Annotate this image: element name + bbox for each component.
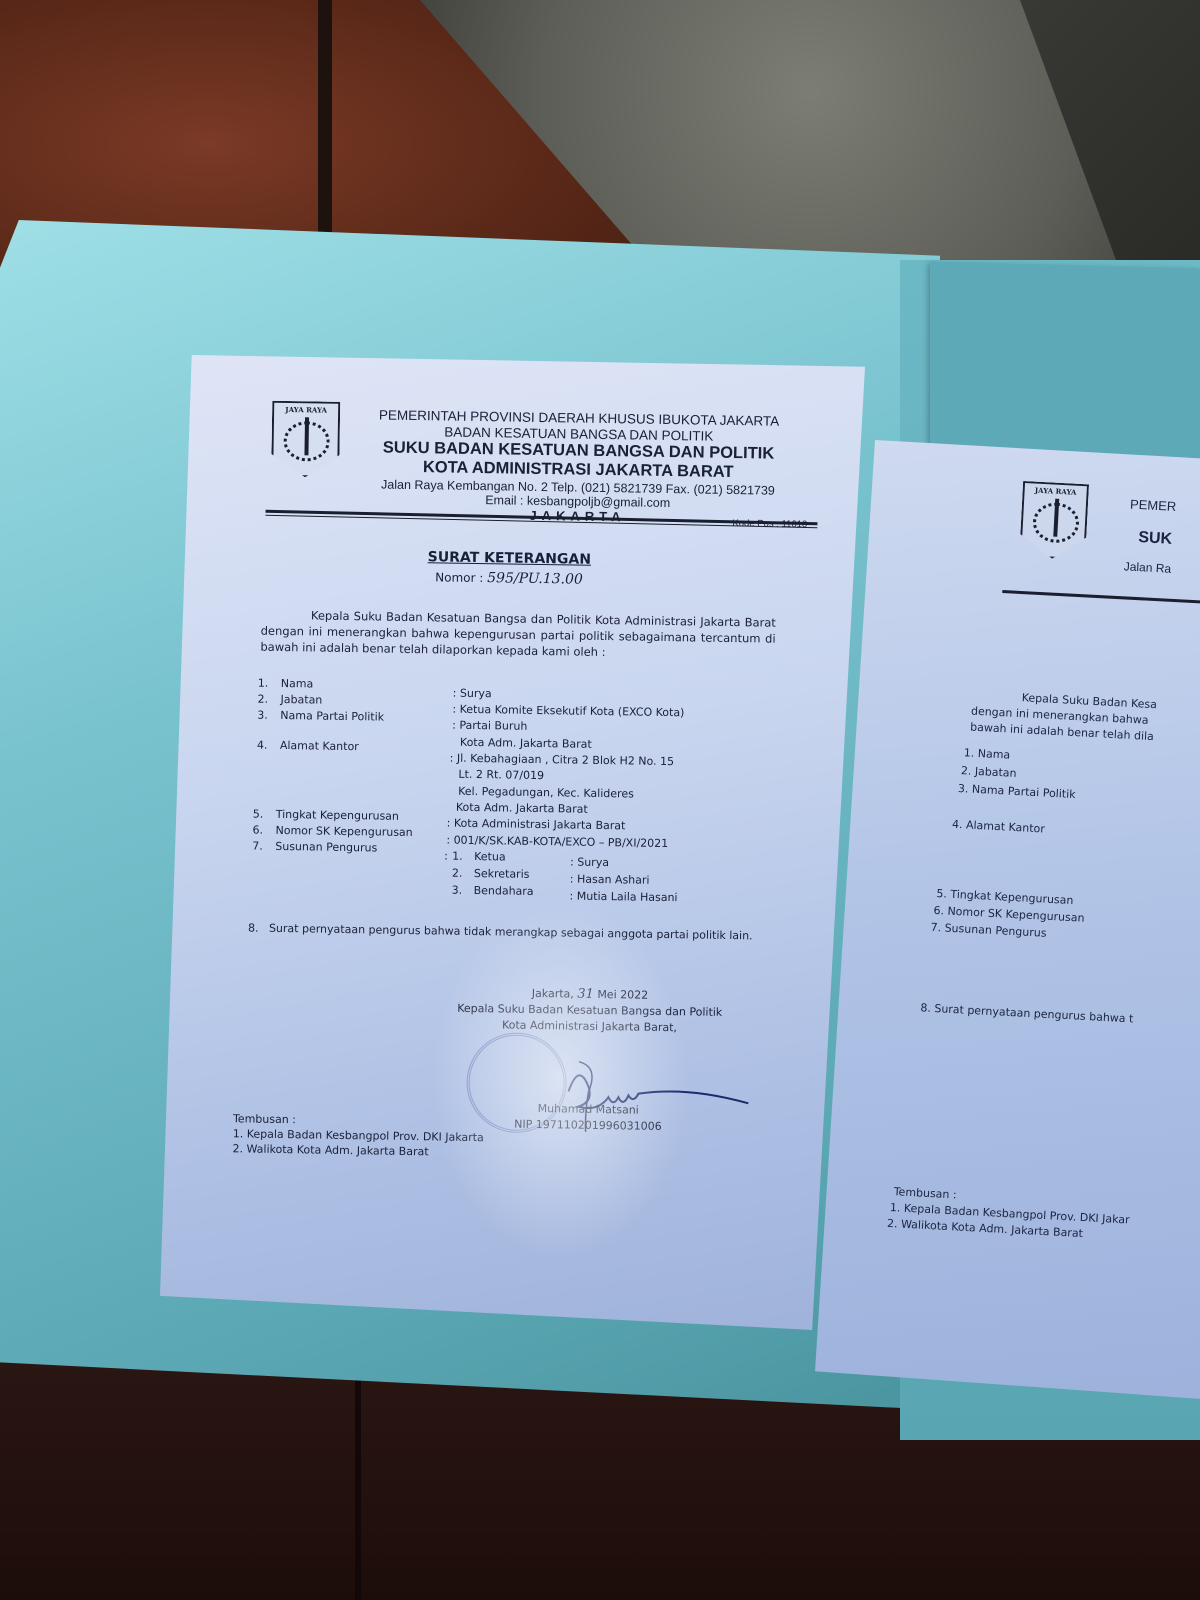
field-label: 1. Nama	[963, 746, 1010, 761]
field-value-tingkat: : Kota Administrasi Jakarta Barat	[447, 817, 626, 833]
cc-label: Tembusan :	[893, 1185, 957, 1201]
field-value-alamat-line: Kota Adm. Jakarta Barat	[456, 801, 588, 816]
field-no: 2.	[258, 693, 269, 706]
field-no: 6.	[252, 824, 263, 837]
letter-main: JAYA RAYA PEMERINTAH PROVINSI DAERAH KHU…	[160, 355, 865, 1330]
field-label: 7. Susunan Pengurus	[930, 921, 1047, 940]
field-value-nama: : Surya	[453, 687, 492, 701]
board-no: 1.	[452, 850, 463, 863]
item-8-no: 8.	[248, 921, 259, 934]
letter-second: JAYA RAYA PEMER SUK Jalan Ra Kepala Suku…	[815, 440, 1200, 1400]
floor-seam	[355, 1380, 361, 1600]
place: Jakarta,	[532, 987, 574, 1001]
jaya-raya-emblem-icon: JAYA RAYA	[271, 401, 340, 478]
field-no: 4.	[257, 739, 268, 752]
field-value-partai-2: Kota Adm. Jakarta Barat	[460, 736, 592, 751]
board-no: 2.	[452, 867, 463, 880]
item-8-text: Surat pernyataan pengurus bahwa tidak me…	[269, 922, 753, 943]
field-value-jabatan: : Ketua Komite Eksekutif Kota (EXCO Kota…	[452, 703, 684, 720]
board-name-ketua: : Surya	[570, 856, 609, 870]
field-no: 1.	[258, 677, 269, 690]
board-role-sekretaris: Sekretaris	[474, 867, 530, 881]
emblem-monument	[304, 417, 309, 455]
emblem-label: JAYA RAYA	[274, 405, 338, 415]
emblem-label: JAYA RAYA	[1024, 485, 1086, 497]
field-label-nama: Nama	[281, 677, 314, 691]
item-8-partial: 8. Surat pernyataan pengurus bahwa t	[920, 1001, 1134, 1025]
letterhead-partial: SUK	[1138, 529, 1173, 549]
field-value-susunan: :	[444, 850, 448, 863]
letterhead-partial: Jalan Ra	[1123, 559, 1171, 575]
field-label-tingkat: Tingkat Kepengurusan	[276, 808, 399, 823]
field-label-susunan: Susunan Pengurus	[275, 840, 377, 855]
signature-block: Jakarta, 31 Mei 2022 Kepala Suku Badan K…	[439, 984, 740, 1037]
board-role-ketua: Ketua	[474, 850, 506, 863]
field-label: 3. Nama Partai Politik	[958, 782, 1076, 801]
field-label: 2. Jabatan	[961, 764, 1017, 780]
number-value-handwritten: 595/PU.13.00	[487, 570, 583, 588]
field-value-partai: : Partai Buruh	[452, 719, 527, 733]
field-no: 7.	[252, 840, 263, 853]
field-value-alamat-line: Lt. 2 Rt. 07/019	[458, 768, 544, 782]
board-name-sekretaris: : Hasan Ashari	[570, 873, 650, 887]
field-label-jabatan: Jabatan	[281, 693, 323, 707]
field-value-alamat-line: Kel. Pegadungan, Kec. Kalideres	[458, 785, 634, 801]
tile-grout	[318, 0, 332, 240]
date-month-year: Mei 2022	[597, 988, 648, 1002]
field-value-alamat: : Jl. Kebahagiaan , Citra 2 Blok H2 No. …	[450, 752, 675, 769]
field-no: 3.	[257, 709, 268, 722]
folder-flap	[930, 261, 1200, 458]
date-day-handwritten: 31	[577, 987, 594, 1002]
board-no: 3.	[452, 884, 463, 897]
board-role-bendahara: Bendahara	[474, 884, 534, 898]
intro-paragraph: Kepala Suku Badan Kesatuan Bangsa dan Po…	[260, 607, 776, 663]
letterhead-partial: PEMER	[1130, 497, 1177, 514]
field-label-partai: Nama Partai Politik	[280, 709, 384, 724]
number-label: Nomor :	[435, 570, 483, 585]
field-label-alamat: Alamat Kantor	[280, 739, 359, 753]
field-label-nomor-sk: Nomor SK Kepengurusan	[275, 824, 412, 839]
field-no: 5.	[253, 808, 264, 821]
cc-block: Tembusan : 1. Kepala Badan Kesbangpol Pr…	[232, 1111, 484, 1160]
board-name-bendahara: : Mutia Laila Hasani	[569, 890, 677, 905]
field-label: 4. Alamat Kantor	[952, 818, 1045, 836]
field-value-nomor-sk: : 001/K/SK.KAB-KOTA/EXCO – PB/XI/2021	[446, 834, 668, 850]
jaya-raya-emblem-icon: JAYA RAYA	[1019, 481, 1089, 560]
letterhead-rule	[1002, 590, 1200, 605]
